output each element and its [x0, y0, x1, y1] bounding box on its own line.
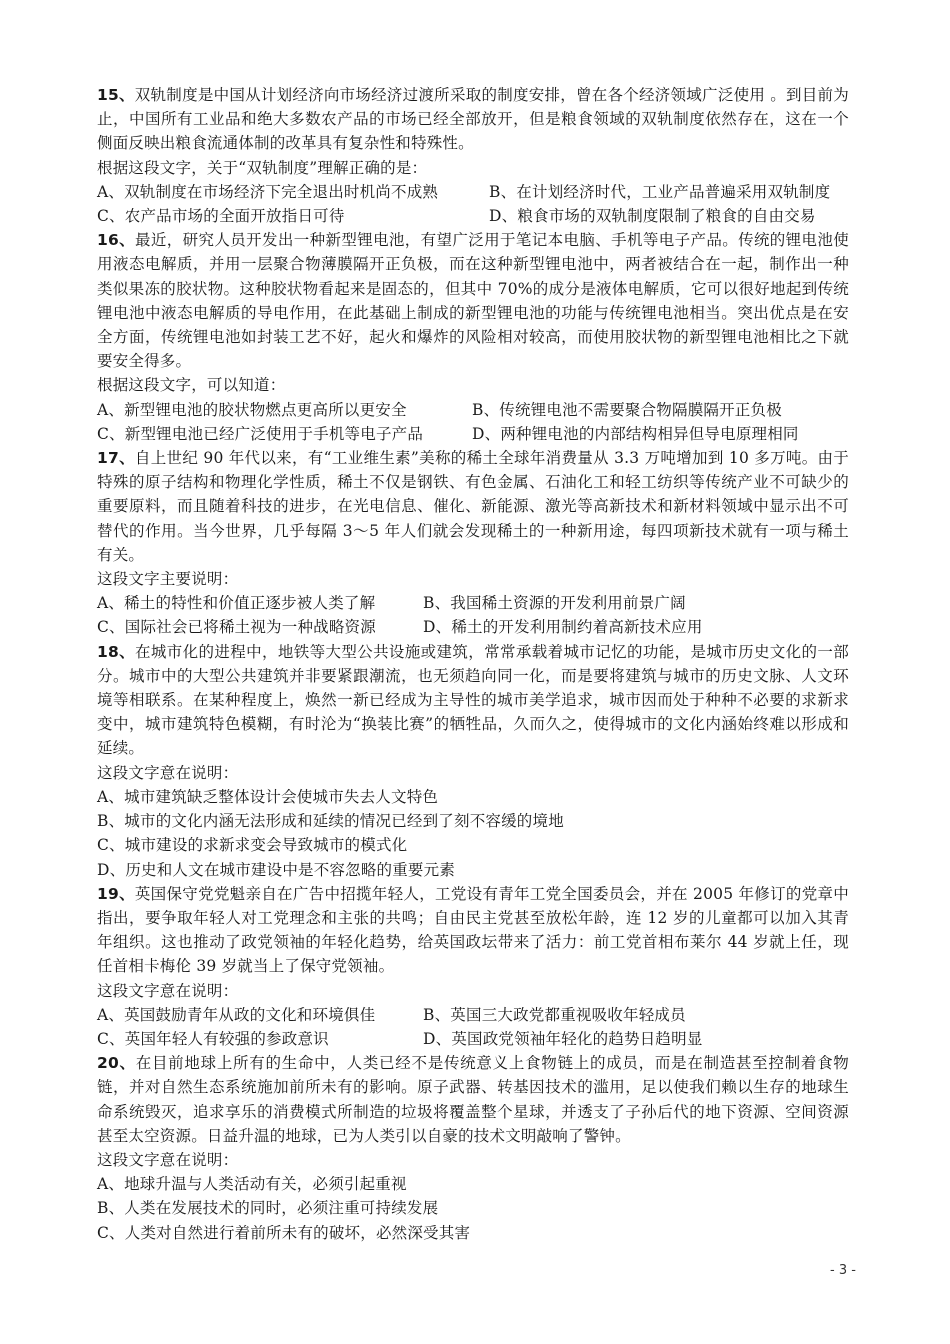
option-d: D、历史和人文在城市建设中是不容忽略的重要元素 [97, 858, 849, 882]
options-row: C、农产品市场的全面开放指日可待 D、粮食市场的双轨制度限制了粮食的自由交易 [97, 204, 849, 228]
options-row: C、新型锂电池已经广泛使用于手机等电子产品 D、两种锂电池的内部结构相异但导电原… [97, 422, 849, 446]
option-a: A、稀土的特性和价值正逐步被人类了解 [97, 591, 423, 615]
question-20: 20、在目前地球上所有的生命中，人类已经不是传统意义上食物链上的成员，而是在制造… [97, 1051, 849, 1245]
question-number: 20、 [97, 1054, 136, 1072]
options-row: A、稀土的特性和价值正逐步被人类了解 B、我国稀土资源的开发利用前景广阔 [97, 591, 849, 615]
option-d: D、两种锂电池的内部结构相异但导电原理相同 [472, 422, 799, 446]
question-number: 19、 [97, 885, 135, 903]
question-text: 英国保守党党魁亲自在广告中招揽年轻人，工党设有青年工党全国委员会，并在 2005… [97, 885, 849, 976]
option-b: B、人类在发展技术的同时，必须注重可持续发展 [97, 1196, 849, 1220]
option-a: A、城市建筑缺乏整体设计会使城市失去人文特色 [97, 785, 849, 809]
question-text: 在城市化的进程中，地铁等大型公共设施或建筑，常常承载着城市记忆的功能，是城市历史… [97, 643, 849, 758]
question-prompt: 根据这段文字，可以知道： [97, 373, 849, 397]
question-prompt: 根据这段文字，关于“双轨制度”理解正确的是： [97, 156, 849, 180]
question-stem: 16、最近，研究人员开发出一种新型锂电池，有望广泛用于笔记本电脑、手机等电子产品… [97, 228, 849, 373]
option-c: C、城市建设的求新求变会导致城市的模式化 [97, 833, 849, 857]
question-stem: 18、在城市化的进程中，地铁等大型公共设施或建筑，常常承载着城市记忆的功能，是城… [97, 640, 849, 761]
question-text: 自上世纪 90 年代以来，有“工业维生素”美称的稀土全球年消费量从 3.3 万吨… [97, 449, 849, 564]
question-19: 19、英国保守党党魁亲自在广告中招揽年轻人，工党设有青年工党全国委员会，并在 2… [97, 882, 849, 1051]
options-row: A、新型锂电池的胶状物燃点更高所以更安全 B、传统锂电池不需要聚合物隔膜隔开正负… [97, 398, 849, 422]
option-b: B、英国三大政党都重视吸收年轻成员 [423, 1003, 686, 1027]
option-d: D、粮食市场的双轨制度限制了粮食的自由交易 [489, 204, 816, 228]
option-b: B、我国稀土资源的开发利用前景广阔 [423, 591, 686, 615]
question-stem: 17、自上世纪 90 年代以来，有“工业维生素”美称的稀土全球年消费量从 3.3… [97, 446, 849, 567]
question-text: 双轨制度是中国从计划经济向市场经济过渡所采取的制度安排，曾在各个经济领域广泛使用… [97, 86, 849, 152]
question-number: 15、 [97, 86, 135, 104]
option-c: C、新型锂电池已经广泛使用于手机等电子产品 [97, 422, 472, 446]
option-b: B、传统锂电池不需要聚合物隔膜隔开正负极 [472, 398, 782, 422]
question-number: 17、 [97, 449, 135, 467]
options-row: C、英国年轻人有较强的参政意识 D、英国政党领袖年轻化的趋势日趋明显 [97, 1027, 849, 1051]
option-d: D、稀土的开发利用制约着高新技术应用 [423, 615, 703, 639]
question-stem: 20、在目前地球上所有的生命中，人类已经不是传统意义上食物链上的成员，而是在制造… [97, 1051, 849, 1148]
option-c: C、人类对自然进行着前所未有的破坏，必然深受其害 [97, 1221, 849, 1245]
question-number: 18、 [97, 643, 135, 661]
option-b: B、城市的文化内涵无法形成和延续的情况已经到了刻不容缓的境地 [97, 809, 849, 833]
options-row: A、英国鼓励青年从政的文化和环境俱佳 B、英国三大政党都重视吸收年轻成员 [97, 1003, 849, 1027]
question-18: 18、在城市化的进程中，地铁等大型公共设施或建筑，常常承载着城市记忆的功能，是城… [97, 640, 849, 882]
option-a: A、新型锂电池的胶状物燃点更高所以更安全 [97, 398, 472, 422]
option-a: A、双轨制度在市场经济下完全退出时机尚不成熟 [97, 180, 489, 204]
question-prompt: 这段文字意在说明： [97, 761, 849, 785]
page-number: - 3 - [830, 1263, 856, 1278]
question-16: 16、最近，研究人员开发出一种新型锂电池，有望广泛用于笔记本电脑、手机等电子产品… [97, 228, 849, 446]
option-b: B、在计划经济时代，工业产品普遍采用双轨制度 [489, 180, 849, 204]
option-c: C、英国年轻人有较强的参政意识 [97, 1027, 423, 1051]
question-text: 在目前地球上所有的生命中，人类已经不是传统意义上食物链上的成员，而是在制造甚至控… [97, 1054, 849, 1145]
question-prompt: 这段文字意在说明： [97, 979, 849, 1003]
question-number: 16、 [97, 231, 135, 249]
option-a: A、英国鼓励青年从政的文化和环境俱佳 [97, 1003, 423, 1027]
document-page: 15、双轨制度是中国从计划经济向市场经济过渡所采取的制度安排，曾在各个经济领域广… [97, 83, 849, 1245]
question-prompt: 这段文字主要说明： [97, 567, 849, 591]
question-text: 最近，研究人员开发出一种新型锂电池，有望广泛用于笔记本电脑、手机等电子产品。传统… [97, 231, 849, 370]
options-row: A、双轨制度在市场经济下完全退出时机尚不成熟 B、在计划经济时代，工业产品普遍采… [97, 180, 849, 204]
option-d: D、英国政党领袖年轻化的趋势日趋明显 [423, 1027, 703, 1051]
question-15: 15、双轨制度是中国从计划经济向市场经济过渡所采取的制度安排，曾在各个经济领域广… [97, 83, 849, 228]
option-c: C、国际社会已将稀土视为一种战略资源 [97, 615, 423, 639]
options-row: C、国际社会已将稀土视为一种战略资源 D、稀土的开发利用制约着高新技术应用 [97, 615, 849, 639]
option-a: A、地球升温与人类活动有关，必须引起重视 [97, 1172, 849, 1196]
question-stem: 15、双轨制度是中国从计划经济向市场经济过渡所采取的制度安排，曾在各个经济领域广… [97, 83, 849, 156]
question-stem: 19、英国保守党党魁亲自在广告中招揽年轻人，工党设有青年工党全国委员会，并在 2… [97, 882, 849, 979]
question-prompt: 这段文字意在说明： [97, 1148, 849, 1172]
option-c: C、农产品市场的全面开放指日可待 [97, 204, 489, 228]
question-17: 17、自上世纪 90 年代以来，有“工业维生素”美称的稀土全球年消费量从 3.3… [97, 446, 849, 640]
